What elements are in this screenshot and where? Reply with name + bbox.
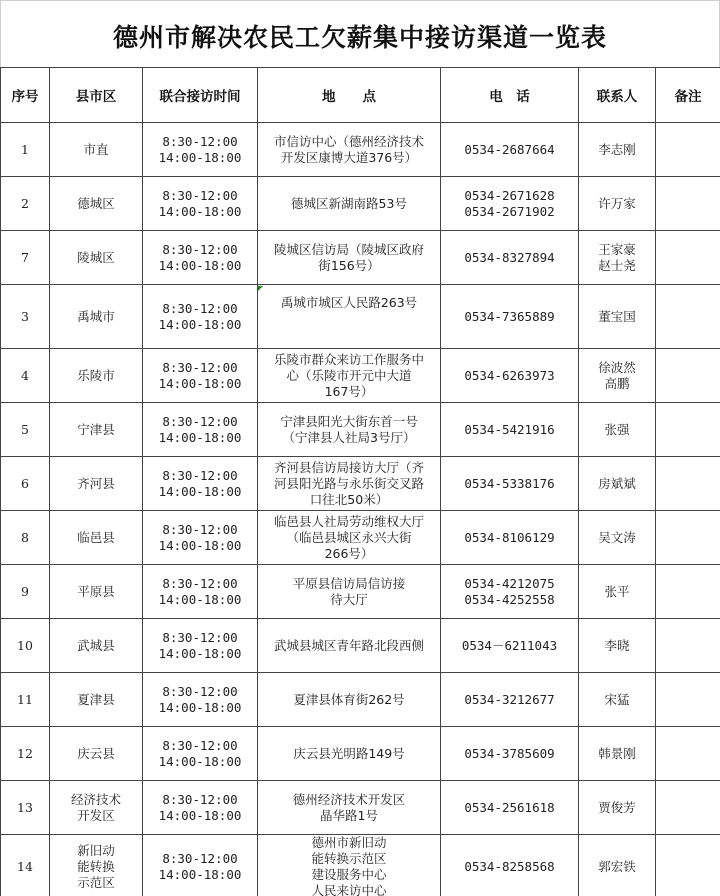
table-row: 13 经济技术开发区 8:30-12:0014:00-18:00 德州经济技术开… — [1, 781, 720, 835]
contact-line: 张强 — [579, 422, 655, 438]
district-line: 武城县 — [50, 638, 142, 654]
phone-line: 0534-7365889 — [441, 309, 578, 325]
location-line: 武城县城区青年路北段西侧 — [258, 638, 440, 654]
cell-contact[interactable]: 李志刚 — [579, 123, 656, 177]
time-line: 14:00-18:00 — [143, 204, 257, 220]
cell-time[interactable]: 8:30-12:0014:00-18:00 — [143, 231, 258, 285]
seq-number: 10 — [17, 638, 33, 653]
table-row: 7 陵城区 8:30-12:0014:00-18:00 陵城区信访局（陵城区政府… — [1, 231, 720, 285]
phone-line: 0534-2561618 — [441, 800, 578, 816]
time-line: 14:00-18:00 — [143, 754, 257, 770]
cell-contact[interactable]: 吴文涛 — [579, 511, 656, 565]
phone-line: 0534-2687664 — [441, 142, 578, 158]
title-cell[interactable]: 德州市解决农民工欠薪集中接访渠道一览表 — [0, 0, 720, 67]
cell-contact[interactable]: 韩景刚 — [579, 727, 656, 781]
cell-time[interactable]: 8:30-12:0014:00-18:00 — [143, 403, 258, 457]
cell-time[interactable]: 8:30-12:0014:00-18:00 — [143, 511, 258, 565]
cell-time[interactable]: 8:30-12:0014:00-18:00 — [143, 619, 258, 673]
cell-remark[interactable] — [656, 673, 720, 727]
cell-seq[interactable]: 7 — [1, 231, 50, 285]
cell-phone[interactable]: 0534-3785609 — [441, 727, 579, 781]
cell-remark[interactable] — [656, 511, 720, 565]
table-row: 2 德城区 8:30-12:0014:00-18:00 德城区新湖南路53号 0… — [1, 177, 720, 231]
contact-line: 房斌斌 — [579, 476, 655, 492]
cell-district[interactable]: 新旧动能转换示范区 — [50, 835, 143, 896]
district-line: 禹城市 — [50, 309, 142, 325]
cell-district[interactable]: 乐陵市 — [50, 349, 143, 403]
location-line: 市信访中心（德州经济技术 — [258, 134, 440, 150]
cell-phone[interactable]: 0534－6211043 — [441, 619, 579, 673]
table-row: 4 乐陵市 8:30-12:0014:00-18:00 乐陵市群众来访工作服务中… — [1, 349, 720, 403]
contact-line: 宋猛 — [579, 692, 655, 708]
cell-contact[interactable]: 李晓 — [579, 619, 656, 673]
location-line: 乐陵市群众来访工作服务中 — [258, 352, 440, 368]
table-row: 11 夏津县 8:30-12:0014:00-18:00 夏津县体育街262号 … — [1, 673, 720, 727]
cell-contact[interactable]: 徐波然高鹏 — [579, 349, 656, 403]
cell-seq[interactable]: 5 — [1, 403, 50, 457]
time-line: 14:00-18:00 — [143, 867, 257, 883]
cell-location[interactable]: 齐河县信访局接访大厅（齐河县阳光路与永乐街交叉路口往北50米） — [258, 457, 441, 511]
location-line: 平原县信访局信访接 — [258, 576, 440, 592]
header-seq[interactable]: 序号 — [1, 68, 50, 123]
cell-contact[interactable]: 董宝国 — [579, 285, 656, 349]
cell-seq[interactable]: 6 — [1, 457, 50, 511]
district-line: 德城区 — [50, 196, 142, 212]
table-row: 14 新旧动能转换示范区 8:30-12:0014:00-18:00 德州市新旧… — [1, 835, 720, 896]
time-line: 14:00-18:00 — [143, 150, 257, 166]
cell-contact[interactable]: 许万家 — [579, 177, 656, 231]
seq-number: 4 — [21, 368, 29, 383]
cell-contact[interactable]: 张强 — [579, 403, 656, 457]
cell-location[interactable]: 夏津县体育街262号 — [258, 673, 441, 727]
cell-remark[interactable] — [656, 781, 720, 835]
phone-line: 0534-8106129 — [441, 530, 578, 546]
cell-phone[interactable]: 0534-8106129 — [441, 511, 579, 565]
district-line: 平原县 — [50, 584, 142, 600]
time-line: 8:30-12:00 — [143, 414, 257, 430]
phone-line: 0534－6211043 — [441, 638, 578, 654]
district-line: 齐河县 — [50, 476, 142, 492]
cell-district[interactable]: 武城县 — [50, 619, 143, 673]
cell-location[interactable]: 德州经济技术开发区晶华路1号 — [258, 781, 441, 835]
cell-seq[interactable]: 4 — [1, 349, 50, 403]
cell-phone[interactable]: 0534-42120750534-4252558 — [441, 565, 579, 619]
cell-time[interactable]: 8:30-12:0014:00-18:00 — [143, 835, 258, 896]
cell-district[interactable]: 经济技术开发区 — [50, 781, 143, 835]
seq-number: 11 — [17, 692, 33, 707]
time-line: 8:30-12:00 — [143, 851, 257, 867]
cell-time[interactable]: 8:30-12:0014:00-18:00 — [143, 457, 258, 511]
cell-remark[interactable] — [656, 285, 720, 349]
time-line: 8:30-12:00 — [143, 242, 257, 258]
phone-line: 0534-6263973 — [441, 368, 578, 384]
cell-district[interactable]: 庆云县 — [50, 727, 143, 781]
cell-phone[interactable]: 0534-5338176 — [441, 457, 579, 511]
cell-seq[interactable]: 11 — [1, 673, 50, 727]
cell-contact[interactable]: 宋猛 — [579, 673, 656, 727]
contact-line: 吴文涛 — [579, 530, 655, 546]
time-line: 14:00-18:00 — [143, 258, 257, 274]
time-line: 8:30-12:00 — [143, 630, 257, 646]
cell-remark[interactable] — [656, 619, 720, 673]
cell-district[interactable]: 陵城区 — [50, 231, 143, 285]
cell-district[interactable]: 齐河县 — [50, 457, 143, 511]
header-district[interactable]: 县市区 — [50, 68, 143, 123]
cell-location[interactable]: 市信访中心（德州经济技术开发区康博大道376号） — [258, 123, 441, 177]
seq-number: 3 — [21, 309, 29, 324]
header-row: 序号 县市区 联合接访时间 地 点 电 话 联系人 备注 — [1, 68, 720, 123]
location-line: 167号） — [258, 384, 440, 400]
cell-time[interactable]: 8:30-12:0014:00-18:00 — [143, 177, 258, 231]
cell-district[interactable]: 市直 — [50, 123, 143, 177]
cell-seq[interactable]: 2 — [1, 177, 50, 231]
cell-seq[interactable]: 9 — [1, 565, 50, 619]
district-line: 夏津县 — [50, 692, 142, 708]
location-line: 德州市新旧动 — [258, 835, 440, 851]
contact-line: 李晓 — [579, 638, 655, 654]
channel-table: 序号 县市区 联合接访时间 地 点 电 话 联系人 备注 1 市直 8:30-1… — [0, 67, 720, 896]
cell-location[interactable]: 禹城市城区人民路263号 — [258, 285, 441, 349]
time-line: 8:30-12:00 — [143, 792, 257, 808]
phone-line: 0534-2671628 — [441, 188, 578, 204]
location-line: （临邑县城区永兴大街 — [258, 530, 440, 546]
cell-phone[interactable]: 0534-5421916 — [441, 403, 579, 457]
location-line: 德州经济技术开发区 — [258, 792, 440, 808]
cell-location[interactable]: 平原县信访局信访接待大厅 — [258, 565, 441, 619]
district-line: 市直 — [50, 142, 142, 158]
cell-seq[interactable]: 3 — [1, 285, 50, 349]
location-line: 庆云县光明路149号 — [258, 746, 440, 762]
contact-line: 韩景刚 — [579, 746, 655, 762]
location-line: 人民来访中心 — [258, 883, 440, 896]
time-line: 8:30-12:00 — [143, 360, 257, 376]
seq-number: 13 — [17, 800, 33, 815]
district-line: 经济技术 — [50, 792, 142, 808]
cell-remark[interactable] — [656, 727, 720, 781]
cell-remark[interactable] — [656, 123, 720, 177]
cell-seq[interactable]: 14 — [1, 835, 50, 896]
location-line: 能转换示范区 — [258, 851, 440, 867]
seq-number: 8 — [21, 530, 29, 545]
time-line: 8:30-12:00 — [143, 468, 257, 484]
table-row: 1 市直 8:30-12:0014:00-18:00 市信访中心（德州经济技术开… — [1, 123, 720, 177]
cell-contact[interactable]: 张平 — [579, 565, 656, 619]
time-line: 14:00-18:00 — [143, 484, 257, 500]
location-line: 心（乐陵市开元中大道 — [258, 368, 440, 384]
district-line: 乐陵市 — [50, 368, 142, 384]
cell-location[interactable]: 武城县城区青年路北段西侧 — [258, 619, 441, 673]
location-line: （宁津县人社局3号厅） — [258, 430, 440, 446]
cell-remark[interactable] — [656, 177, 720, 231]
time-line: 14:00-18:00 — [143, 592, 257, 608]
cell-district[interactable]: 夏津县 — [50, 673, 143, 727]
contact-line: 张平 — [579, 584, 655, 600]
cell-phone[interactable]: 0534-7365889 — [441, 285, 579, 349]
phone-line: 0534-4252558 — [441, 592, 578, 608]
cell-contact[interactable]: 房斌斌 — [579, 457, 656, 511]
time-line: 14:00-18:00 — [143, 646, 257, 662]
contact-line: 贾俊芳 — [579, 800, 655, 816]
table-row: 6 齐河县 8:30-12:0014:00-18:00 齐河县信访局接访大厅（齐… — [1, 457, 720, 511]
location-line: 待大厅 — [258, 592, 440, 608]
location-line: 夏津县体育街262号 — [258, 692, 440, 708]
cell-district[interactable]: 禹城市 — [50, 285, 143, 349]
cell-time[interactable]: 8:30-12:0014:00-18:00 — [143, 727, 258, 781]
header-phone[interactable]: 电 话 — [441, 68, 579, 123]
table-row: 5 宁津县 8:30-12:0014:00-18:00 宁津县阳光大街东首一号（… — [1, 403, 720, 457]
cell-seq[interactable]: 1 — [1, 123, 50, 177]
phone-line: 0534-5338176 — [441, 476, 578, 492]
contact-line: 赵士尧 — [579, 258, 655, 274]
district-line: 能转换 — [50, 859, 142, 875]
district-line: 新旧动 — [50, 843, 142, 859]
time-line: 14:00-18:00 — [143, 538, 257, 554]
district-line: 庆云县 — [50, 746, 142, 762]
spreadsheet: 德州市解决农民工欠薪集中接访渠道一览表 序号 县市区 联合接访时间 地 点 电 … — [0, 0, 720, 896]
time-line: 8:30-12:00 — [143, 738, 257, 754]
phone-line: 0534-3212677 — [441, 692, 578, 708]
cell-location[interactable]: 宁津县阳光大街东首一号（宁津县人社局3号厅） — [258, 403, 441, 457]
location-line: 街156号） — [258, 258, 440, 274]
seq-number: 5 — [21, 422, 29, 437]
location-line: 宁津县阳光大街东首一号 — [258, 414, 440, 430]
cell-seq[interactable]: 12 — [1, 727, 50, 781]
location-line: 266号） — [258, 546, 440, 562]
table-row: 12 庆云县 8:30-12:0014:00-18:00 庆云县光明路149号 … — [1, 727, 720, 781]
time-line: 8:30-12:00 — [143, 301, 257, 317]
cell-time[interactable]: 8:30-12:0014:00-18:00 — [143, 565, 258, 619]
cell-time[interactable]: 8:30-12:0014:00-18:00 — [143, 123, 258, 177]
contact-line: 徐波然 — [579, 360, 655, 376]
cell-district[interactable]: 德城区 — [50, 177, 143, 231]
seq-number: 14 — [17, 859, 33, 874]
cell-location[interactable]: 庆云县光明路149号 — [258, 727, 441, 781]
location-line: 建设服务中心 — [258, 867, 440, 883]
cell-comment-indicator — [258, 286, 263, 291]
cell-phone[interactable]: 0534-26716280534-2671902 — [441, 177, 579, 231]
location-line: 河县阳光路与永乐街交叉路 — [258, 476, 440, 492]
time-line: 14:00-18:00 — [143, 376, 257, 392]
cell-phone[interactable]: 0534-3212677 — [441, 673, 579, 727]
time-line: 14:00-18:00 — [143, 430, 257, 446]
location-line: 齐河县信访局接访大厅（齐 — [258, 460, 440, 476]
contact-line: 李志刚 — [579, 142, 655, 158]
cell-phone[interactable]: 0534-2561618 — [441, 781, 579, 835]
phone-line: 0534-4212075 — [441, 576, 578, 592]
cell-location[interactable]: 德城区新湖南路53号 — [258, 177, 441, 231]
location-line: 陵城区信访局（陵城区政府 — [258, 242, 440, 258]
cell-remark[interactable] — [656, 565, 720, 619]
seq-number: 12 — [17, 746, 33, 761]
cell-time[interactable]: 8:30-12:0014:00-18:00 — [143, 781, 258, 835]
district-line: 宁津县 — [50, 422, 142, 438]
cell-phone[interactable]: 0534-2687664 — [441, 123, 579, 177]
contact-line: 王家豪 — [579, 242, 655, 258]
time-line: 8:30-12:00 — [143, 576, 257, 592]
cell-district[interactable]: 宁津县 — [50, 403, 143, 457]
table-row: 10 武城县 8:30-12:0014:00-18:00 武城县城区青年路北段西… — [1, 619, 720, 673]
header-contact[interactable]: 联系人 — [579, 68, 656, 123]
cell-seq[interactable]: 13 — [1, 781, 50, 835]
district-line: 示范区 — [50, 875, 142, 891]
time-line: 8:30-12:00 — [143, 684, 257, 700]
district-line: 开发区 — [50, 808, 142, 824]
page-title: 德州市解决农民工欠薪集中接访渠道一览表 — [113, 18, 607, 54]
seq-number: 2 — [21, 196, 29, 211]
phone-line: 0534-5421916 — [441, 422, 578, 438]
contact-line: 郭宏铁 — [579, 859, 655, 875]
time-line: 8:30-12:00 — [143, 188, 257, 204]
location-line: 禹城市城区人民路263号 — [258, 295, 440, 311]
cell-remark[interactable] — [656, 835, 720, 896]
contact-line: 高鹏 — [579, 376, 655, 392]
cell-contact[interactable]: 郭宏铁 — [579, 835, 656, 896]
cell-time[interactable]: 8:30-12:0014:00-18:00 — [143, 285, 258, 349]
cell-remark[interactable] — [656, 403, 720, 457]
cell-seq[interactable]: 10 — [1, 619, 50, 673]
phone-line: 0534-2671902 — [441, 204, 578, 220]
header-time[interactable]: 联合接访时间 — [143, 68, 258, 123]
district-line: 临邑县 — [50, 530, 142, 546]
location-line: 晶华路1号 — [258, 808, 440, 824]
cell-phone[interactable]: 0534-8258568 — [441, 835, 579, 896]
phone-line: 0534-8327894 — [441, 250, 578, 266]
contact-line: 董宝国 — [579, 309, 655, 325]
cell-time[interactable]: 8:30-12:0014:00-18:00 — [143, 673, 258, 727]
cell-district[interactable]: 平原县 — [50, 565, 143, 619]
seq-number: 9 — [21, 584, 29, 599]
cell-location[interactable]: 德州市新旧动能转换示范区建设服务中心人民来访中心 — [258, 835, 441, 896]
seq-number: 1 — [21, 142, 29, 157]
location-line: 德城区新湖南路53号 — [258, 196, 440, 212]
cell-remark[interactable] — [656, 349, 720, 403]
table-row: 9 平原县 8:30-12:0014:00-18:00 平原县信访局信访接待大厅… — [1, 565, 720, 619]
cell-phone[interactable]: 0534-8327894 — [441, 231, 579, 285]
cell-contact[interactable]: 贾俊芳 — [579, 781, 656, 835]
location-line: 临邑县人社局劳动维权大厅 — [258, 514, 440, 530]
time-line: 8:30-12:00 — [143, 522, 257, 538]
time-line: 14:00-18:00 — [143, 808, 257, 824]
cell-phone[interactable]: 0534-6263973 — [441, 349, 579, 403]
header-remark[interactable]: 备注 — [656, 68, 720, 123]
location-line: 口往北50米） — [258, 492, 440, 508]
cell-location[interactable]: 临邑县人社局劳动维权大厅（临邑县城区永兴大街266号） — [258, 511, 441, 565]
cell-remark[interactable] — [656, 457, 720, 511]
location-line: 开发区康博大道376号） — [258, 150, 440, 166]
seq-number: 7 — [21, 250, 29, 265]
time-line: 14:00-18:00 — [143, 317, 257, 333]
table-row: 8 临邑县 8:30-12:0014:00-18:00 临邑县人社局劳动维权大厅… — [1, 511, 720, 565]
cell-location[interactable]: 陵城区信访局（陵城区政府街156号） — [258, 231, 441, 285]
table-row: 3 禹城市 8:30-12:0014:00-18:00 禹城市城区人民路263号… — [1, 285, 720, 349]
phone-line: 0534-8258568 — [441, 859, 578, 875]
cell-time[interactable]: 8:30-12:0014:00-18:00 — [143, 349, 258, 403]
cell-seq[interactable]: 8 — [1, 511, 50, 565]
cell-remark[interactable] — [656, 231, 720, 285]
district-line: 陵城区 — [50, 250, 142, 266]
contact-line: 许万家 — [579, 196, 655, 212]
seq-number: 6 — [21, 476, 29, 491]
header-location[interactable]: 地 点 — [258, 68, 441, 123]
time-line: 8:30-12:00 — [143, 134, 257, 150]
cell-location[interactable]: 乐陵市群众来访工作服务中心（乐陵市开元中大道167号） — [258, 349, 441, 403]
cell-district[interactable]: 临邑县 — [50, 511, 143, 565]
phone-line: 0534-3785609 — [441, 746, 578, 762]
time-line: 14:00-18:00 — [143, 700, 257, 716]
cell-contact[interactable]: 王家豪赵士尧 — [579, 231, 656, 285]
